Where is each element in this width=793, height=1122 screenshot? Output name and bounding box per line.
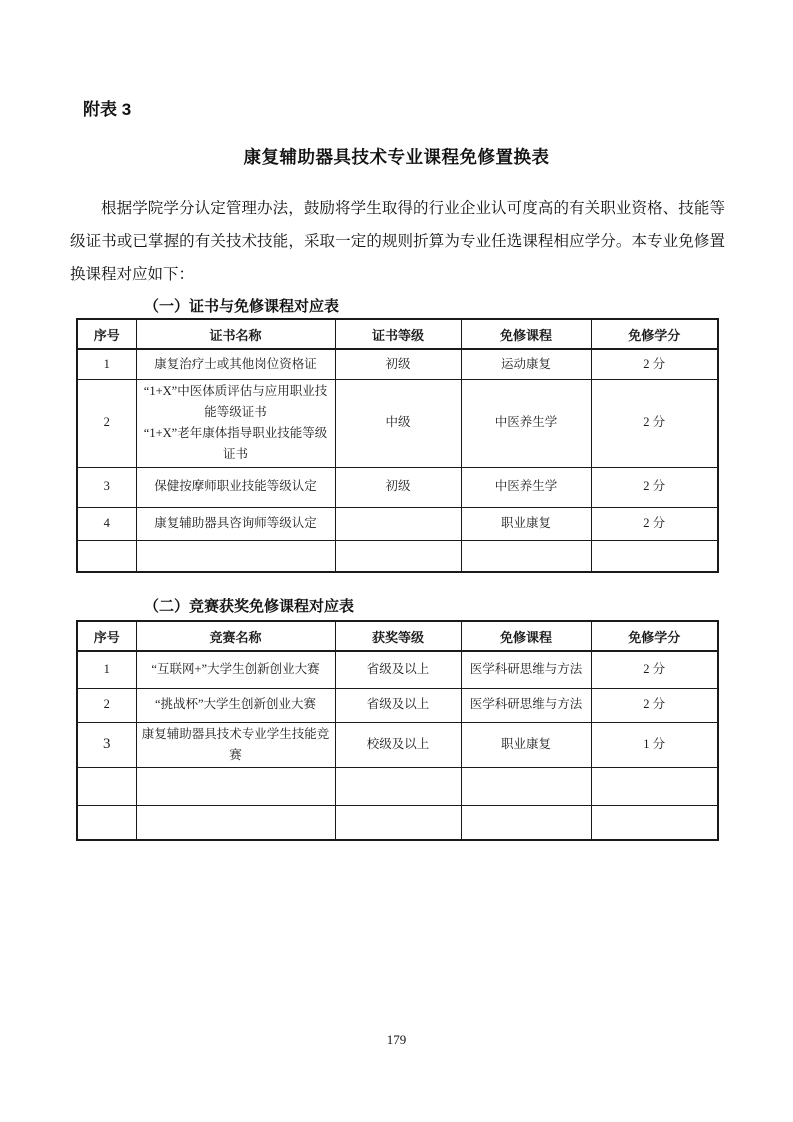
- table-cell: [77, 806, 136, 840]
- table-cell: 康复辅助器具技术专业学生技能竞赛: [136, 722, 335, 768]
- table-row: 3 保健按摩师职业技能等级认定 初级 中医养生学 2 分: [77, 467, 718, 507]
- table-cell: [77, 540, 136, 572]
- table-cell: [461, 806, 591, 840]
- table-cell: 2 分: [591, 507, 718, 540]
- column-header: 免修课程: [461, 621, 591, 651]
- column-header: 免修学分: [591, 319, 718, 349]
- table-cell: 2 分: [591, 651, 718, 688]
- table-cell: 中医养生学: [461, 467, 591, 507]
- table-cell: [77, 768, 136, 806]
- page-number: 179: [0, 1032, 793, 1048]
- column-header: 免修学分: [591, 621, 718, 651]
- table-cell: 2 分: [591, 467, 718, 507]
- table-row: [77, 806, 718, 840]
- table-cell: 1: [77, 349, 136, 379]
- intro-paragraph: 根据学院学分认定管理办法，鼓励将学生取得的行业企业认可度高的有关职业资格、技能等…: [70, 192, 725, 291]
- table-cell: 康复治疗士或其他岗位资格证: [136, 349, 335, 379]
- table-row: [77, 540, 718, 572]
- table-row: 2 “挑战杯”大学生创新创业大赛 省级及以上 医学科研思维与方法 2 分: [77, 688, 718, 722]
- column-header: 证书等级: [335, 319, 461, 349]
- table-header-row: 序号 竞赛名称 获奖等级 免修课程 免修学分: [77, 621, 718, 651]
- column-header: 免修课程: [461, 319, 591, 349]
- table-cell: [461, 540, 591, 572]
- table-cell: 保健按摩师职业技能等级认定: [136, 467, 335, 507]
- table-row: 1 康复治疗士或其他岗位资格证 初级 运动康复 2 分: [77, 349, 718, 379]
- table-cell: [136, 540, 335, 572]
- table-cell: [335, 540, 461, 572]
- table-cell: 康复辅助器具咨询师等级认定: [136, 507, 335, 540]
- appendix-label: 附表 3: [83, 95, 131, 120]
- table-cell: [591, 768, 718, 806]
- table-row: 3 康复辅助器具技术专业学生技能竞赛 校级及以上 职业康复 1 分: [77, 722, 718, 768]
- table-cell: 2: [77, 688, 136, 722]
- table-cell: 中级: [335, 379, 461, 467]
- table-cell: [136, 768, 335, 806]
- table-cell: 医学科研思维与方法: [461, 651, 591, 688]
- table-cell: [136, 806, 335, 840]
- table-row: 4 康复辅助器具咨询师等级认定 职业康复 2 分: [77, 507, 718, 540]
- table-cell: 3: [77, 467, 136, 507]
- table-cell: [335, 768, 461, 806]
- table-cell: 2 分: [591, 688, 718, 722]
- table-cell: 运动康复: [461, 349, 591, 379]
- section-heading-certificates: （一）证书与免修课程对应表: [144, 295, 339, 316]
- column-header: 序号: [77, 319, 136, 349]
- table-cell: 1: [77, 651, 136, 688]
- table-cell: [591, 540, 718, 572]
- table-cell: 初级: [335, 467, 461, 507]
- table-cell: 职业康复: [461, 507, 591, 540]
- table-cell: 2 分: [591, 349, 718, 379]
- table-cell: 中医养生学: [461, 379, 591, 467]
- table-cell: 2: [77, 379, 136, 467]
- table-cell: [335, 507, 461, 540]
- table-row: 2 “1+X”中医体质评估与应用职业技能等级证书 “1+X”老年康体指导职业技能…: [77, 379, 718, 467]
- table-cell: “互联网+”大学生创新创业大赛: [136, 651, 335, 688]
- table-cell: [591, 806, 718, 840]
- table-cell: 职业康复: [461, 722, 591, 768]
- table-cell: [335, 806, 461, 840]
- table-cell: 初级: [335, 349, 461, 379]
- column-header: 序号: [77, 621, 136, 651]
- section-heading-competitions: （二）竞赛获奖免修课程对应表: [144, 595, 354, 616]
- column-header: 获奖等级: [335, 621, 461, 651]
- column-header: 竞赛名称: [136, 621, 335, 651]
- competition-course-table: 序号 竞赛名称 获奖等级 免修课程 免修学分 1 “互联网+”大学生创新创业大赛…: [76, 620, 719, 841]
- certificate-course-table: 序号 证书名称 证书等级 免修课程 免修学分 1 康复治疗士或其他岗位资格证 初…: [76, 318, 719, 573]
- table-cell: “挑战杯”大学生创新创业大赛: [136, 688, 335, 722]
- table-cell: “1+X”中医体质评估与应用职业技能等级证书 “1+X”老年康体指导职业技能等级…: [136, 379, 335, 467]
- table-cell: 4: [77, 507, 136, 540]
- column-header: 证书名称: [136, 319, 335, 349]
- table-cell: [461, 768, 591, 806]
- table-cell: 校级及以上: [335, 722, 461, 768]
- page-title: 康复辅助器具技术专业课程免修置换表: [0, 144, 793, 169]
- table-cell: 医学科研思维与方法: [461, 688, 591, 722]
- table-cell: 1 分: [591, 722, 718, 768]
- table-cell: 2 分: [591, 379, 718, 467]
- table-row: [77, 768, 718, 806]
- table-cell: 省级及以上: [335, 651, 461, 688]
- table-cell: 省级及以上: [335, 688, 461, 722]
- table-cell: 3: [77, 722, 136, 768]
- table-row: 1 “互联网+”大学生创新创业大赛 省级及以上 医学科研思维与方法 2 分: [77, 651, 718, 688]
- table-header-row: 序号 证书名称 证书等级 免修课程 免修学分: [77, 319, 718, 349]
